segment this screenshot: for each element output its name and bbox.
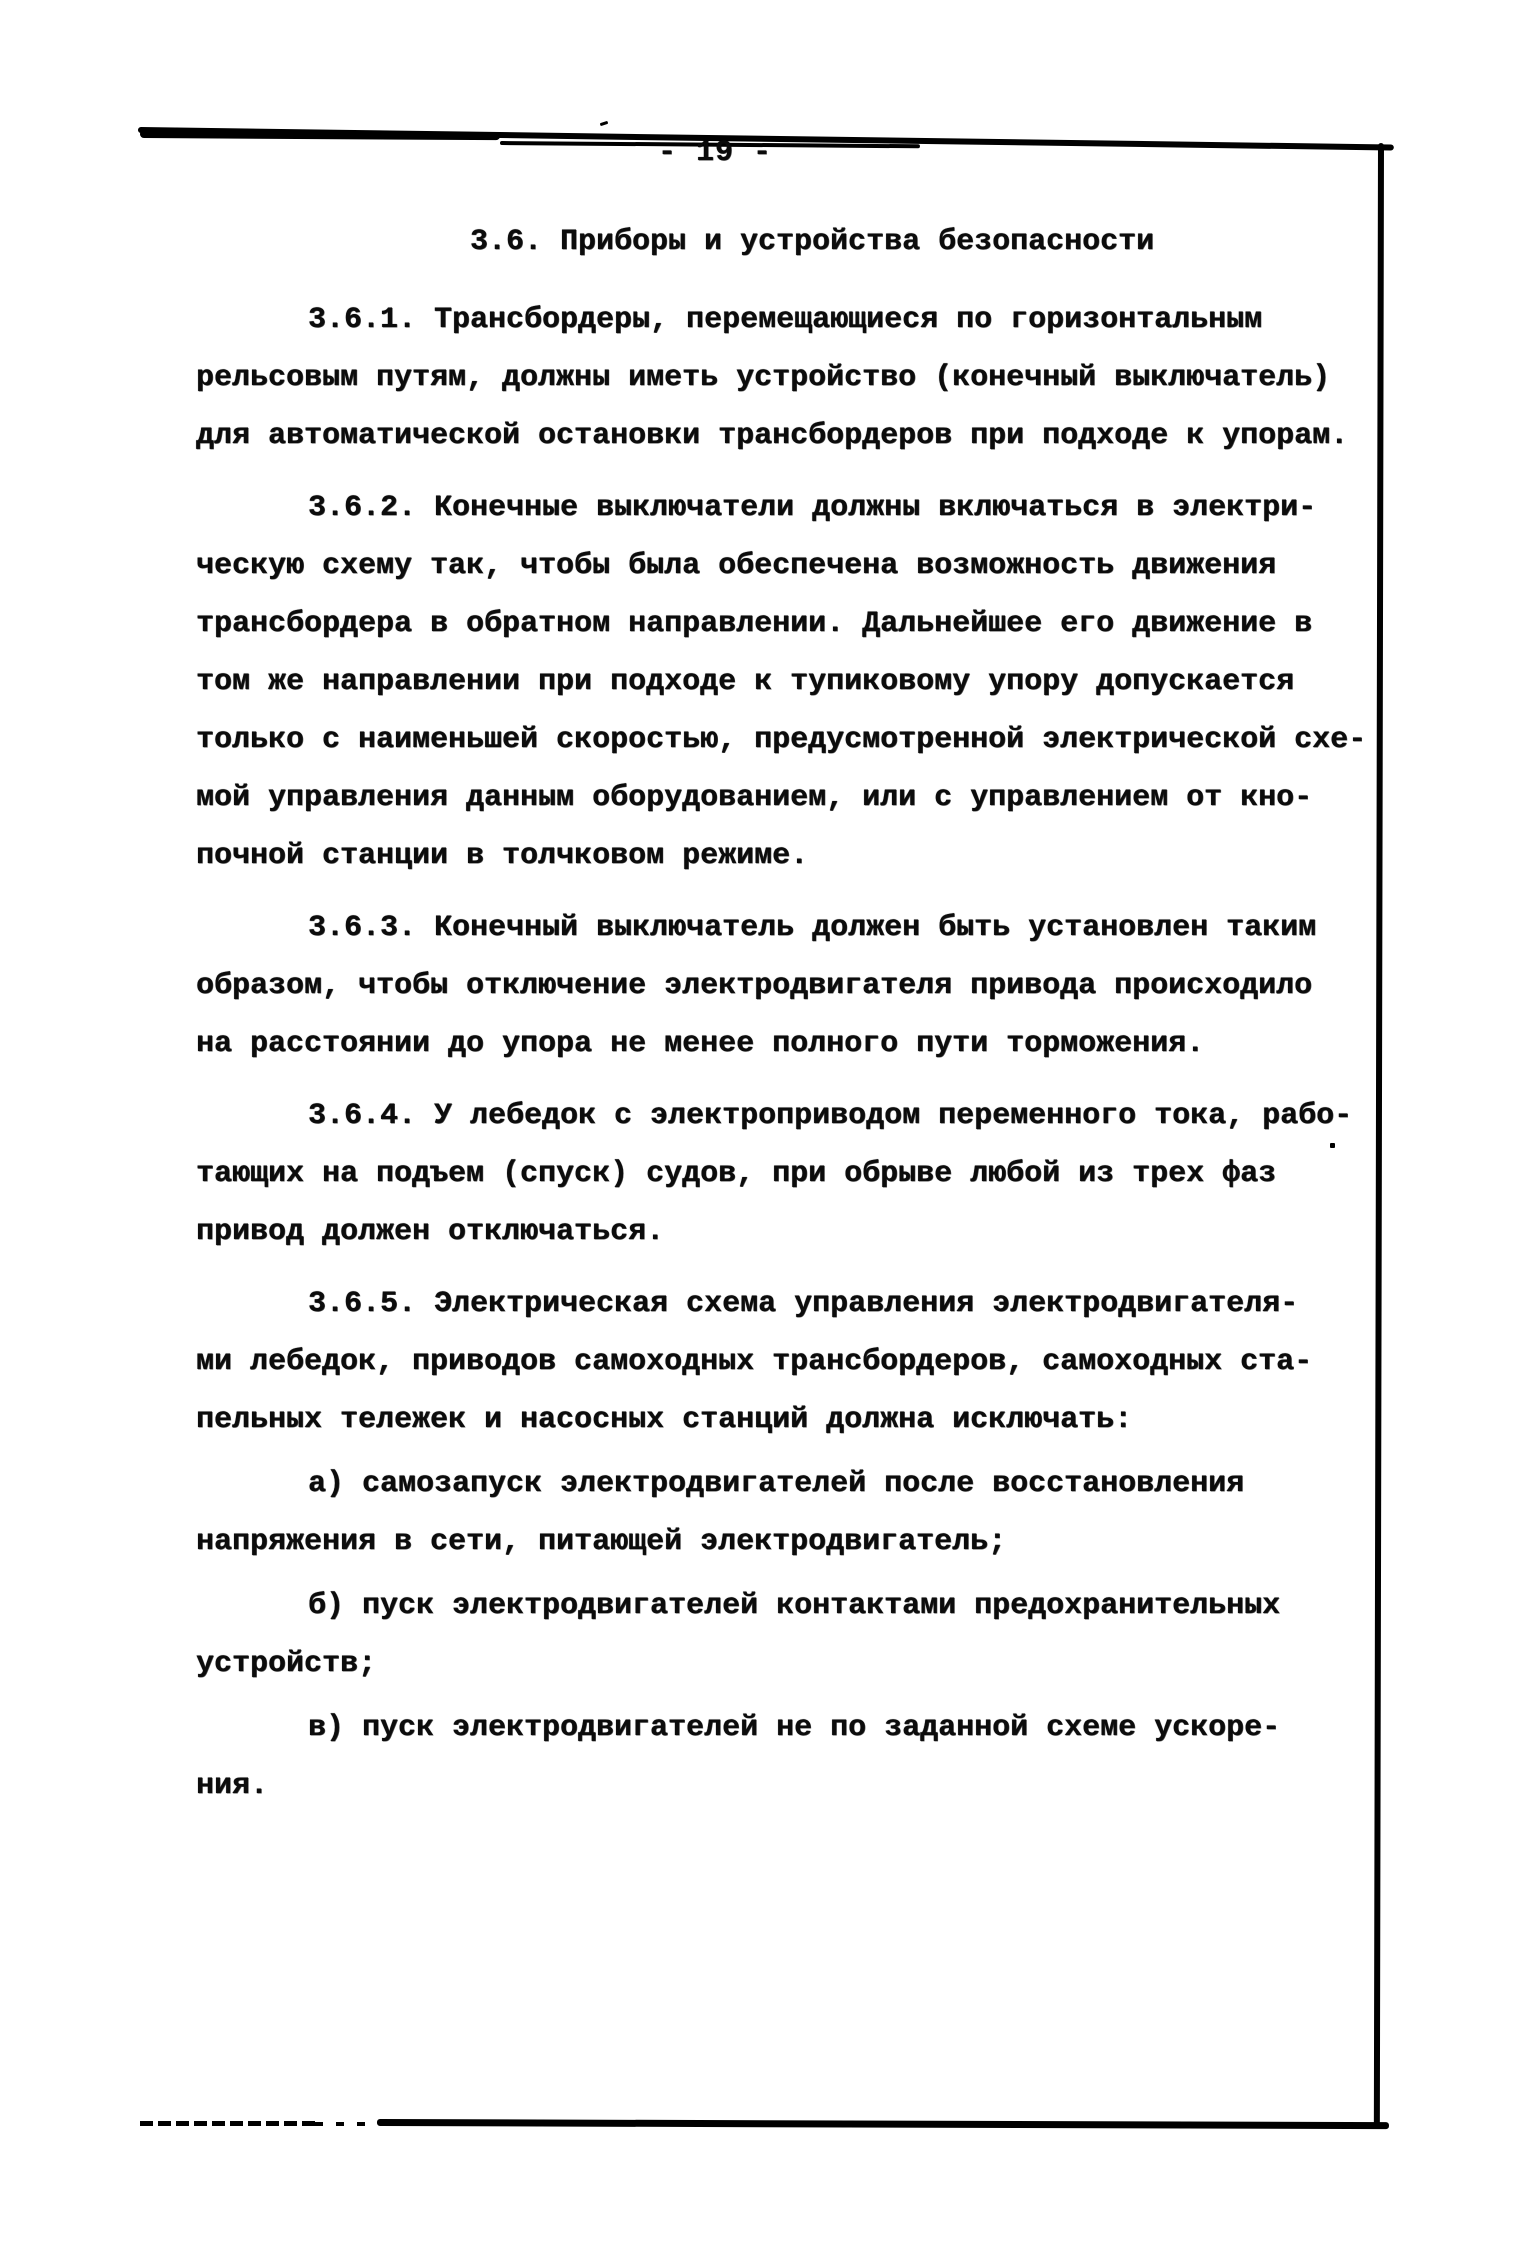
- list-item-v: в) пуск электродвигателей не по заданной…: [196, 1699, 1376, 1815]
- paragraph-3-6-1: 3.6.1. Трансбордеры, перемещающиеся по г…: [196, 291, 1376, 465]
- text-line: б) пуск электродвигателей контактами пре…: [196, 1577, 1376, 1635]
- text-line: 3.6.2. Конечные выключатели должны включ…: [196, 479, 1376, 537]
- text-line: на расстоянии до упора не менее полного …: [196, 1015, 1376, 1073]
- paragraph-3-6-2: 3.6.2. Конечные выключатели должны включ…: [196, 479, 1376, 885]
- bottom-border-rule-ragged-segment: [140, 2121, 315, 2126]
- list-item-a: а) самозапуск электродвигателей после во…: [196, 1455, 1376, 1571]
- text-line: образом, чтобы отключение электродвигате…: [196, 957, 1376, 1015]
- section-heading: 3.6. Приборы и устройства безопасности: [196, 213, 1376, 271]
- text-line: 3.6.1. Трансбордеры, перемещающиеся по г…: [196, 291, 1376, 349]
- bottom-border-rule-dotted-segment: [315, 2122, 377, 2126]
- text-line: в) пуск электродвигателей не по заданной…: [196, 1699, 1376, 1757]
- text-line: том же направлении при подходе к тупиков…: [196, 653, 1376, 711]
- ink-speck: [600, 121, 609, 126]
- text-line: тающих на подъем (спуск) судов, при обры…: [196, 1145, 1376, 1203]
- text-line: напряжения в сети, питающей электродвига…: [196, 1513, 1376, 1571]
- document-text-block: 3.6. Приборы и устройства безопасности 3…: [196, 213, 1376, 1815]
- page-number: - 19 -: [658, 136, 772, 170]
- text-line: мой управления данным оборудованием, или…: [196, 769, 1376, 827]
- text-line: а) самозапуск электродвигателей после во…: [196, 1455, 1376, 1513]
- text-line: пельных тележек и насосных станций должн…: [196, 1391, 1376, 1449]
- list-item-b: б) пуск электродвигателей контактами пре…: [196, 1577, 1376, 1693]
- text-line: рельсовым путям, должны иметь устройство…: [196, 349, 1376, 407]
- text-line: ми лебедок, приводов самоходных трансбор…: [196, 1333, 1376, 1391]
- text-line: почной станции в толчковом режиме.: [196, 827, 1376, 885]
- text-line: ческую схему так, чтобы была обеспечена …: [196, 537, 1376, 595]
- text-line: ния.: [196, 1757, 1376, 1815]
- text-line: привод должен отключаться.: [196, 1203, 1376, 1261]
- text-line: 3.6.3. Конечный выключатель должен быть …: [196, 899, 1376, 957]
- text-line: устройств;: [196, 1635, 1376, 1693]
- scanned-page: - 19 - 3.6. Приборы и устройства безопас…: [0, 0, 1536, 2245]
- paragraph-3-6-5: 3.6.5. Электрическая схема управления эл…: [196, 1275, 1376, 1449]
- paragraph-3-6-3: 3.6.3. Конечный выключатель должен быть …: [196, 899, 1376, 1073]
- text-line: для автоматической остановки трансбордер…: [196, 407, 1376, 465]
- paragraph-3-6-4: 3.6.4. У лебедок с электроприводом перем…: [196, 1087, 1376, 1261]
- text-line: 3.6.5. Электрическая схема управления эл…: [196, 1275, 1376, 1333]
- text-line: 3.6.4. У лебедок с электроприводом перем…: [196, 1087, 1376, 1145]
- bottom-border-rule: [377, 2119, 1389, 2129]
- text-line: трансбордера в обратном направлении. Дал…: [196, 595, 1376, 653]
- top-border-rule-thick-segment: [140, 130, 500, 140]
- text-line: только с наименьшей скоростью, предусмот…: [196, 711, 1376, 769]
